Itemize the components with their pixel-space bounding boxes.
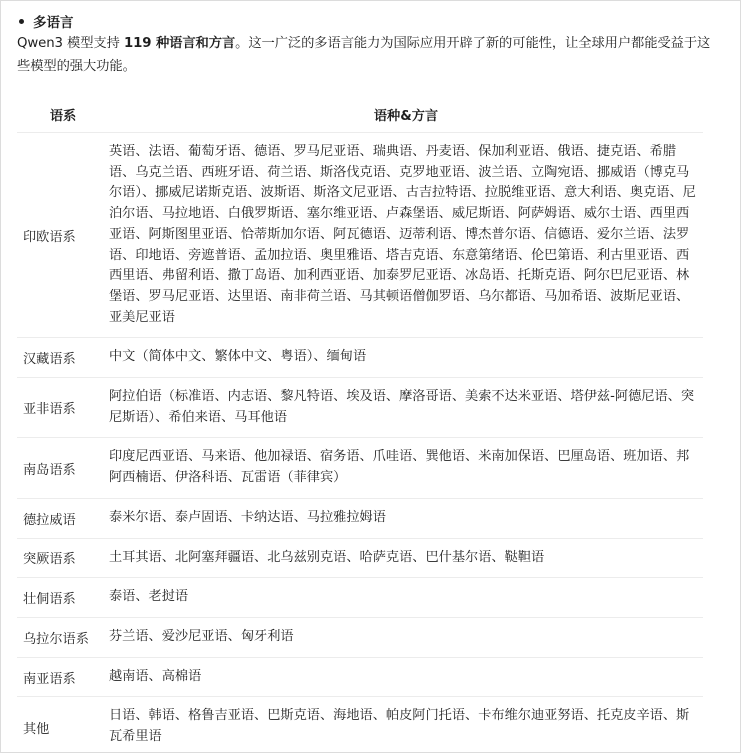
languages-cell: 土耳其语、北阿塞拜疆语、北乌兹别克语、哈萨克语、巴什基尔语、鞑靼语 [109,538,703,578]
family-cell: 印欧语系 [17,133,109,338]
languages-cell: 日语、韩语、格鲁吉亚语、巴斯克语、海地语、帕皮阿门托语、卡布维尔迪亚努语、托克皮… [109,697,703,753]
table-row: 亚非语系 阿拉伯语（标准语、内志语、黎凡特语、埃及语、摩洛哥语、美索不达米亚语、… [17,378,703,438]
family-cell: 乌拉尔语系 [17,617,109,657]
family-cell: 汉藏语系 [17,338,109,378]
languages-cell: 泰米尔语、泰卢固语、卡纳达语、马拉雅拉姆语 [109,498,703,538]
table-row: 南亚语系 越南语、高棉语 [17,657,703,697]
table-row: 印欧语系 英语、法语、葡萄牙语、德语、罗马尼亚语、瑞典语、丹麦语、保加利亚语、俄… [17,133,703,338]
languages-cell: 泰语、老挝语 [109,578,703,618]
family-cell: 南亚语系 [17,657,109,697]
section-title: 多语言 [33,11,74,31]
family-cell: 德拉威语 [17,498,109,538]
languages-cell: 阿拉伯语（标准语、内志语、黎凡特语、埃及语、摩洛哥语、美索不达米亚语、塔伊兹-阿… [109,378,703,438]
table-header-row: 语系 语种&方言 [17,96,703,133]
multilingual-section: 多语言 Qwen3 模型支持 119 种语言和方言。这一广泛的多语言能力为国际应… [17,10,717,78]
table-row: 汉藏语系 中文（简体中文、繁体中文、粤语）、缅甸语 [17,338,703,378]
table-row: 乌拉尔语系 芬兰语、爱沙尼亚语、匈牙利语 [17,617,703,657]
header-family: 语系 [17,96,109,133]
header-languages: 语种&方言 [109,96,703,133]
table-row: 其他 日语、韩语、格鲁吉亚语、巴斯克语、海地语、帕皮阿门托语、卡布维尔迪亚努语、… [17,697,703,753]
family-cell: 突厥语系 [17,538,109,578]
intro-paragraph: Qwen3 模型支持 119 种语言和方言。这一广泛的多语言能力为国际应用开辟了… [17,32,717,78]
intro-prefix: Qwen3 模型支持 [17,36,124,51]
family-cell: 南岛语系 [17,438,109,498]
section-heading: 多语言 [17,10,717,32]
family-cell: 壮侗语系 [17,578,109,618]
table-row: 德拉威语 泰米尔语、泰卢固语、卡纳达语、马拉雅拉姆语 [17,498,703,538]
language-table: 语系 语种&方言 印欧语系 英语、法语、葡萄牙语、德语、罗马尼亚语、瑞典语、丹麦… [17,96,703,753]
family-cell: 其他 [17,697,109,753]
table-row: 壮侗语系 泰语、老挝语 [17,578,703,618]
languages-cell: 芬兰语、爱沙尼亚语、匈牙利语 [109,617,703,657]
table-row: 突厥语系 土耳其语、北阿塞拜疆语、北乌兹别克语、哈萨克语、巴什基尔语、鞑靼语 [17,538,703,578]
intro-bold: 119 种语言和方言 [124,36,235,51]
languages-cell: 中文（简体中文、繁体中文、粤语）、缅甸语 [109,338,703,378]
languages-cell: 印度尼西亚语、马来语、他加禄语、宿务语、爪哇语、巽他语、米南加保语、巴厘岛语、班… [109,438,703,498]
languages-cell: 越南语、高棉语 [109,657,703,697]
languages-cell: 英语、法语、葡萄牙语、德语、罗马尼亚语、瑞典语、丹麦语、保加利亚语、俄语、捷克语… [109,133,703,338]
table-row: 南岛语系 印度尼西亚语、马来语、他加禄语、宿务语、爪哇语、巽他语、米南加保语、巴… [17,438,703,498]
bullet-icon [19,19,24,24]
family-cell: 亚非语系 [17,378,109,438]
